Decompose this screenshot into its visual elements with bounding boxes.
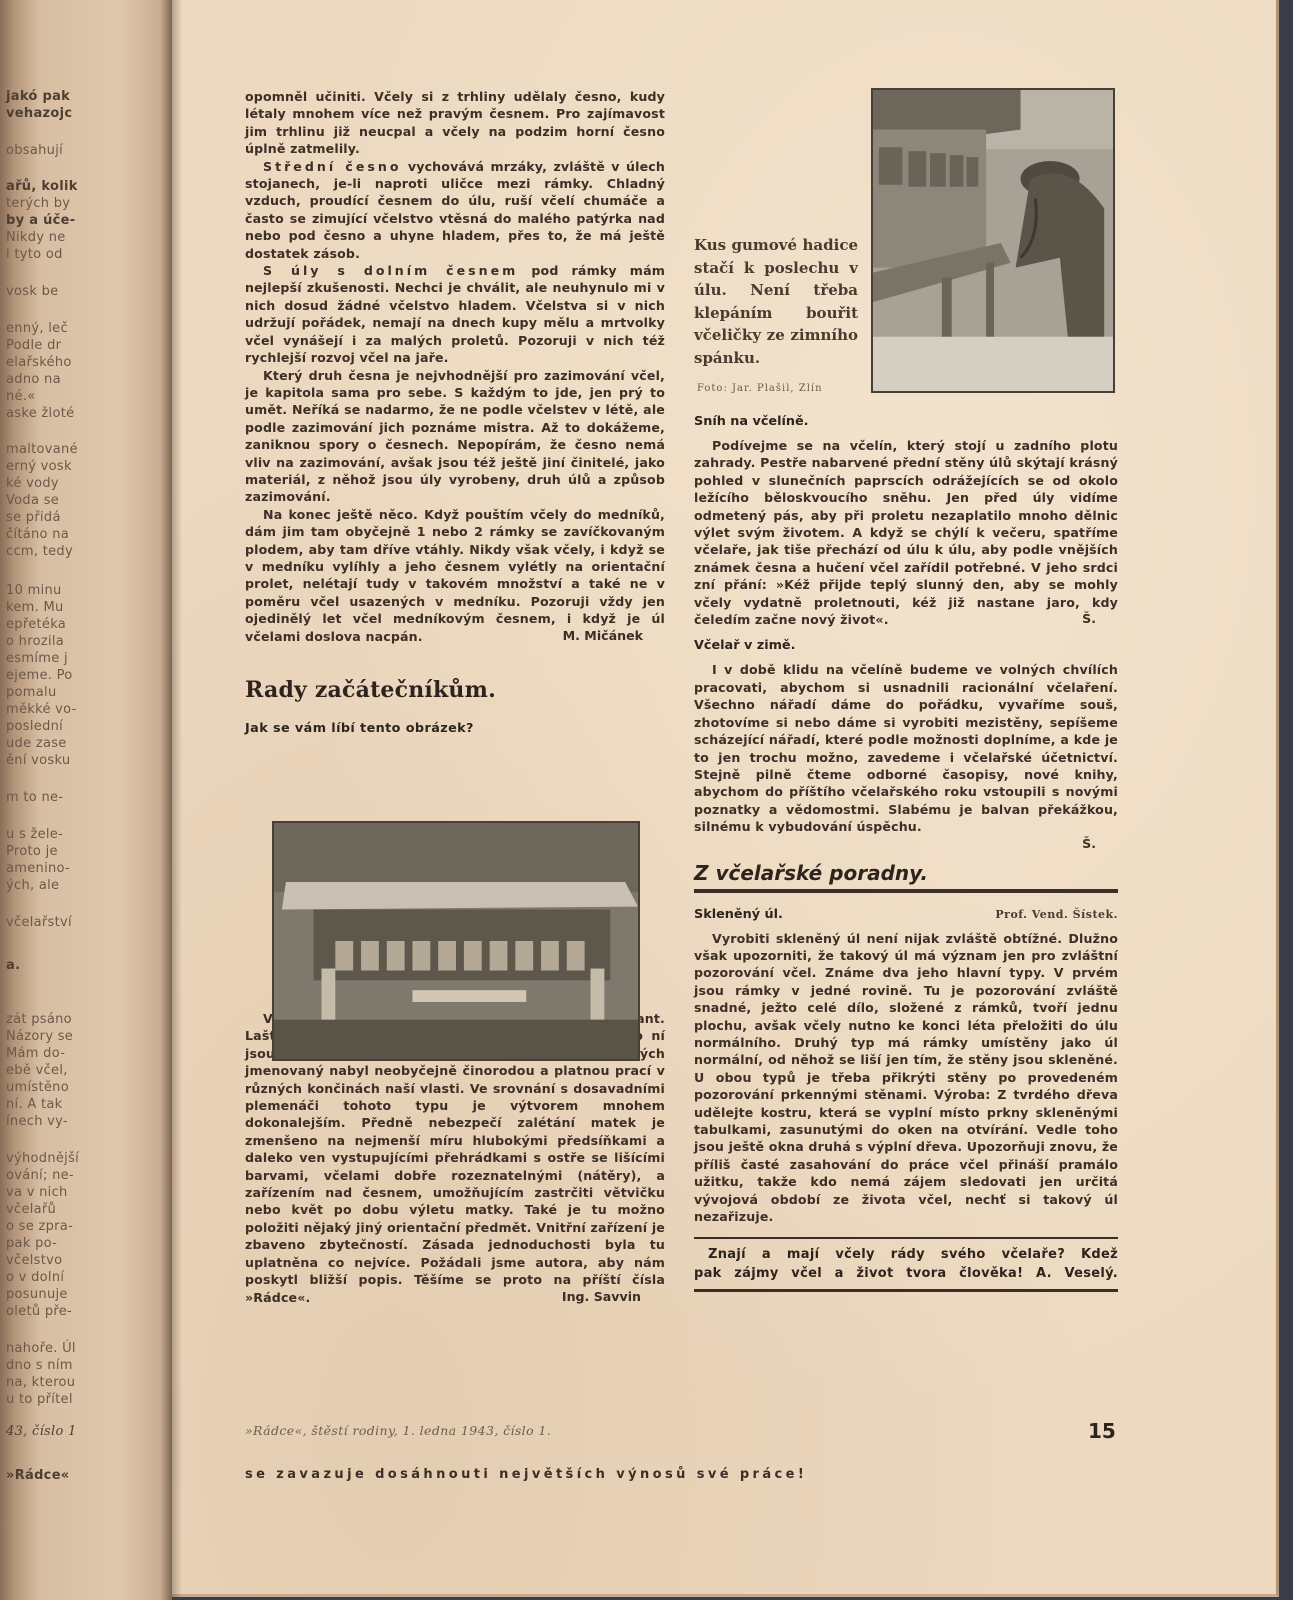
paragraph-text: pod rámky mám nejlepší zkušenosti. Nechc… xyxy=(245,263,665,365)
previous-page-text-fragment: terých by xyxy=(6,195,70,212)
previous-page-text-fragment: Podle dr xyxy=(6,337,61,354)
previous-page-text-fragment: 43, číslo 1 xyxy=(6,1423,77,1440)
page-number: 15 xyxy=(1088,1419,1116,1443)
beekeeper-photo xyxy=(871,88,1115,393)
previous-page-text-fragment: měkké vo- xyxy=(6,701,77,718)
paragraph-stredni-cesno: Střední česno vychovává mrzáky, zvláště … xyxy=(245,158,665,262)
previous-page-text-fragment: adno na xyxy=(6,371,61,388)
signature-s-2: Š. xyxy=(694,836,1118,851)
previous-page-text-fragment: oletů pře- xyxy=(6,1303,72,1320)
previous-page-text-fragment: ejeme. Po xyxy=(6,667,73,684)
previous-page-text-fragment: ění vosku xyxy=(6,752,70,769)
section-title-poradna: Z včelařské poradny. xyxy=(694,861,1118,893)
previous-page-text-fragment: erný vosk xyxy=(6,458,72,475)
previous-page-text-fragment: obsahují xyxy=(6,142,63,159)
previous-page-text-fragment: epřetéka xyxy=(6,616,66,633)
photo-credit: Foto: Jar. Plašil, Zlín xyxy=(697,383,823,394)
previous-page-edge: jakó pakvehazojcobsahujíařů, kolikterých… xyxy=(0,0,172,1600)
article-body-snih: Podívejme se na včelín, který stojí u za… xyxy=(694,437,1118,628)
previous-page-text-fragment: na, kterou xyxy=(6,1374,75,1391)
quote-line-2: pak zájmy včel a život tvora člověka! A.… xyxy=(694,1264,1118,1283)
previous-page-text-fragment: by a úče- xyxy=(6,212,75,229)
previous-page-text-fragment: Mám do- xyxy=(6,1045,65,1062)
previous-page-text-fragment: ebě včel, xyxy=(6,1062,68,1079)
previous-page-text-fragment: a. xyxy=(6,957,20,974)
left-column: opomněl učiniti. Včely si z trhliny uděl… xyxy=(245,88,665,1304)
previous-page-text-fragment: maltované xyxy=(6,441,78,458)
previous-page-text-fragment: i tyto od xyxy=(6,246,63,263)
previous-page-text-fragment: »Rádce« xyxy=(6,1467,70,1484)
previous-page-text-fragment: aske žloté xyxy=(6,405,74,422)
paragraph-dolni-cesno: S úly s dolním česnem pod rámky mám nejl… xyxy=(245,262,665,366)
previous-page-text-fragment: poslední xyxy=(6,718,63,735)
quote-line-1: Znají a mají včely rády svého včelaře? K… xyxy=(694,1245,1118,1264)
previous-page-text-fragment: elařského xyxy=(6,354,72,371)
article-author: Prof. Vend. Šístek. xyxy=(995,908,1118,921)
previous-page-text-fragment: se přidá xyxy=(6,509,61,526)
footer-slogan: se zavazuje dosáhnouti největších výnosů… xyxy=(245,1467,807,1482)
previous-page-text-fragment: o v dolní xyxy=(6,1269,64,1286)
article-body-skleneny-ul: Vyrobiti skleněný úl není nijak zvláště … xyxy=(694,930,1118,1226)
issue-reference: »Rádce«, štěstí rodiny, 1. ledna 1943, č… xyxy=(245,1423,551,1438)
previous-page-text-fragment: vehazojc xyxy=(6,105,72,122)
previous-page-text-fragment: jakó pak xyxy=(6,88,70,105)
previous-page-text-fragment: o hrozila xyxy=(6,633,64,650)
photo-caption: Kus gumové hadice stačí k poslechu v úlu… xyxy=(694,234,858,369)
previous-page-text-fragment: esmíme j xyxy=(6,650,68,667)
article-title-snih: Sníh na včelíně. xyxy=(694,414,1118,429)
article-title-vcelar-v-zime: Včelař v zimě. xyxy=(694,638,1118,653)
previous-page-text-fragment: čítáno na xyxy=(6,526,69,543)
previous-page-text-fragment: u to přítel xyxy=(6,1391,73,1408)
previous-page-text-fragment: amenino- xyxy=(6,860,70,877)
previous-page-text-fragment: Proto je xyxy=(6,843,58,860)
previous-page-text-fragment: posunuje xyxy=(6,1286,68,1303)
article-body-vcelar-v-zime: I v době klidu na včelíně budeme ve voln… xyxy=(694,661,1118,835)
previous-page-text-fragment: zát psáno xyxy=(6,1011,72,1028)
previous-page-text-fragment: Názory se xyxy=(6,1028,73,1045)
previous-page-text-fragment: Voda se xyxy=(6,492,59,509)
previous-page-text-fragment: enný, leč xyxy=(6,320,68,337)
section-title-rady: Rady začátečníkům. xyxy=(245,677,665,703)
previous-page-text-fragment: né.« xyxy=(6,388,36,405)
previous-page-text-fragment: 10 minu xyxy=(6,582,62,599)
previous-page-text-fragment: kem. Mu xyxy=(6,599,64,616)
previous-page-text-fragment: výhodnější xyxy=(6,1150,79,1167)
lead-spaced: Střední česno xyxy=(263,159,401,174)
paragraph-druh-cesna: Který druh česna je nejvhodnější pro zaz… xyxy=(245,367,665,506)
previous-page-text-fragment: u s žele- xyxy=(6,826,63,843)
article-header-skleneny-ul: Skleněný úl. Prof. Vend. Šístek. xyxy=(694,907,1118,922)
quote-box: Znají a mají včely rády svého včelaře? K… xyxy=(694,1237,1118,1292)
beekeeper-illustration-icon xyxy=(873,90,1113,391)
previous-page-text-fragment: ní. A tak xyxy=(6,1096,62,1113)
previous-page-text-fragment: vosk be xyxy=(6,283,58,300)
previous-page-text-fragment: pomalu xyxy=(6,684,57,701)
lead-spaced: S úly s dolním česnem xyxy=(263,263,518,278)
right-column: Sníh na včelíně. Podívejme se na včelín,… xyxy=(694,414,1118,1292)
section-subtitle: Jak se vám líbí tento obrázek? xyxy=(245,721,665,736)
previous-page-text-fragment: včelstvo xyxy=(6,1252,62,1269)
previous-page-text-fragment: m to ne- xyxy=(6,789,63,806)
previous-page-text-fragment: o se zpra- xyxy=(6,1218,73,1235)
previous-page-text-fragment: nahoře. Úl xyxy=(6,1340,76,1357)
previous-page-text-fragment: ké vody xyxy=(6,475,59,492)
previous-page-text-fragment: včelařství xyxy=(6,914,72,931)
previous-page-text-fragment: ařů, kolik xyxy=(6,178,78,195)
previous-page-text-fragment: ude zase xyxy=(6,735,67,752)
previous-page-text-fragment: ccm, tedy xyxy=(6,543,73,560)
previous-page-text-fragment: včelařů xyxy=(6,1201,56,1218)
previous-page-text-fragment: dno s ním xyxy=(6,1357,73,1374)
intro-paragraph: opomněl učiniti. Včely si z trhliny uděl… xyxy=(245,88,665,158)
previous-page-text-fragment: Nikdy ne xyxy=(6,229,66,246)
article-title-skleneny-ul: Skleněný úl. xyxy=(694,907,783,922)
hive-illustration-icon xyxy=(274,823,638,1059)
previous-page-text-fragment: ování; ne- xyxy=(6,1167,74,1184)
previous-page-text-fragment: va v nich xyxy=(6,1184,68,1201)
paragraph-na-konec: Na konec ještě něco. Když pouštím včely … xyxy=(245,506,665,645)
hive-photo xyxy=(272,821,640,1061)
previous-page-text-fragment: ínech vy- xyxy=(6,1113,68,1130)
spine-shadow xyxy=(172,0,182,1600)
previous-page-text-fragment: ých, ale xyxy=(6,877,59,894)
previous-page-text-fragment: pak po- xyxy=(6,1235,57,1252)
previous-page-text-fragment: umístěno xyxy=(6,1079,69,1096)
